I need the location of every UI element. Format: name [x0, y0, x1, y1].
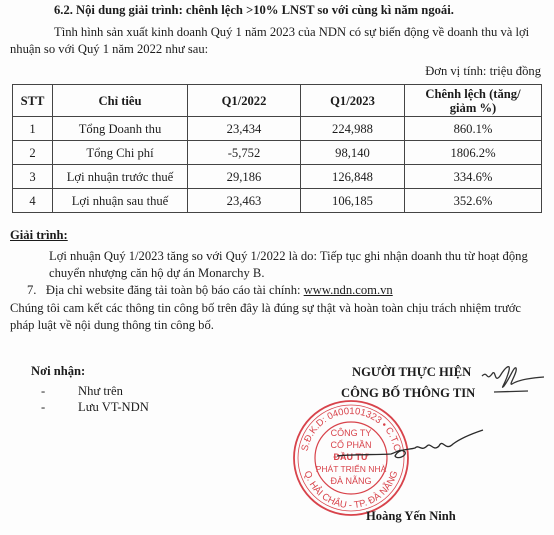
intro-line-1: Tình hình sản xuất kinh doanh Quý 1 năm …: [54, 25, 529, 40]
recipient-text: Như trên: [78, 384, 123, 398]
row-indicator: Tổng Doanh thu: [53, 117, 188, 141]
website-link[interactable]: www.ndn.com.vn: [304, 283, 393, 297]
row-stt: 4: [13, 189, 53, 213]
explanation-title: Giải trình:: [10, 228, 68, 243]
row-stt: 3: [13, 165, 53, 189]
row-q1-2023: 98,140: [301, 141, 405, 165]
table-header-row: STT Chỉ tiêu Q1/2022 Q1/2023 Chênh lệch …: [13, 85, 542, 117]
financial-comparison-table: STT Chỉ tiêu Q1/2022 Q1/2023 Chênh lệch …: [12, 84, 542, 213]
row-q1-2023: 126,848: [301, 165, 405, 189]
header-q1-2023: Q1/2023: [301, 85, 405, 117]
row-q1-2022: -5,752: [188, 141, 301, 165]
row-change-percent: 352.6%: [405, 189, 542, 213]
row-q1-2023: 106,185: [301, 189, 405, 213]
header-stt: STT: [13, 85, 53, 117]
commitment-line-2: pháp luật về nội dung thông tin công bố.: [10, 318, 214, 333]
row-change-percent: 860.1%: [405, 117, 542, 141]
row-indicator: Lợi nhuận sau thuế: [53, 189, 188, 213]
website-item: 7. Địa chỉ website đăng tải toàn bộ báo …: [27, 283, 393, 298]
row-indicator: Lợi nhuận trước thuế: [53, 165, 188, 189]
table-row: 3Lợi nhuận trước thuế29,186126,848334.6%: [13, 165, 542, 189]
row-change-percent: 334.6%: [405, 165, 542, 189]
unit-label: Đơn vị tính: triệu đồng: [425, 64, 541, 79]
header-change-percent: Chênh lệch (tăng/ giảm %): [405, 85, 542, 117]
svg-text:ĐÀ NẴNG: ĐÀ NẴNG: [330, 475, 371, 486]
header-q1-2022: Q1/2022: [188, 85, 301, 117]
table-row: 1Tổng Doanh thu23,434224,988860.1%: [13, 117, 542, 141]
website-label: 7. Địa chỉ website đăng tải toàn bộ báo …: [27, 283, 304, 297]
signer-name: Hoàng Yến Ninh: [366, 509, 456, 524]
recipient-item: -Như trên: [41, 384, 123, 399]
section-heading: 6.2. Nội dung giải trình: chênh lệch >10…: [54, 3, 454, 18]
header-indicator: Chỉ tiêu: [53, 85, 188, 117]
row-q1-2023: 224,988: [301, 117, 405, 141]
intro-line-2: nhuận so với Quý 1 năm 2022 như sau:: [10, 42, 208, 57]
signer-title-line-1: NGƯỜI THỰC HIỆN: [352, 365, 471, 380]
recipient-text: Lưu VT-NDN: [78, 400, 149, 414]
row-q1-2022: 23,434: [188, 117, 301, 141]
explanation-line-2: chuyển nhượng căn hộ dự án Monarchy B.: [49, 266, 264, 281]
explanation-line-1: Lợi nhuận Quý 1/2023 tăng so với Quý 1/2…: [49, 249, 528, 264]
recipient-item: -Lưu VT-NDN: [41, 400, 149, 415]
table-row: 4Lợi nhuận sau thuế23,463106,185352.6%: [13, 189, 542, 213]
handwritten-signature-icon: [478, 362, 548, 396]
row-indicator: Tổng Chi phí: [53, 141, 188, 165]
row-q1-2022: 29,186: [188, 165, 301, 189]
recipients-title: Nơi nhận:: [31, 364, 85, 379]
row-stt: 1: [13, 117, 53, 141]
row-change-percent: 1806.2%: [405, 141, 542, 165]
commitment-line-1: Chúng tôi cam kết các thông tin công bố …: [10, 301, 521, 316]
signature-stroke-icon: [335, 428, 485, 468]
row-q1-2022: 23,463: [188, 189, 301, 213]
row-stt: 2: [13, 141, 53, 165]
table-row: 2Tổng Chi phí-5,75298,1401806.2%: [13, 141, 542, 165]
